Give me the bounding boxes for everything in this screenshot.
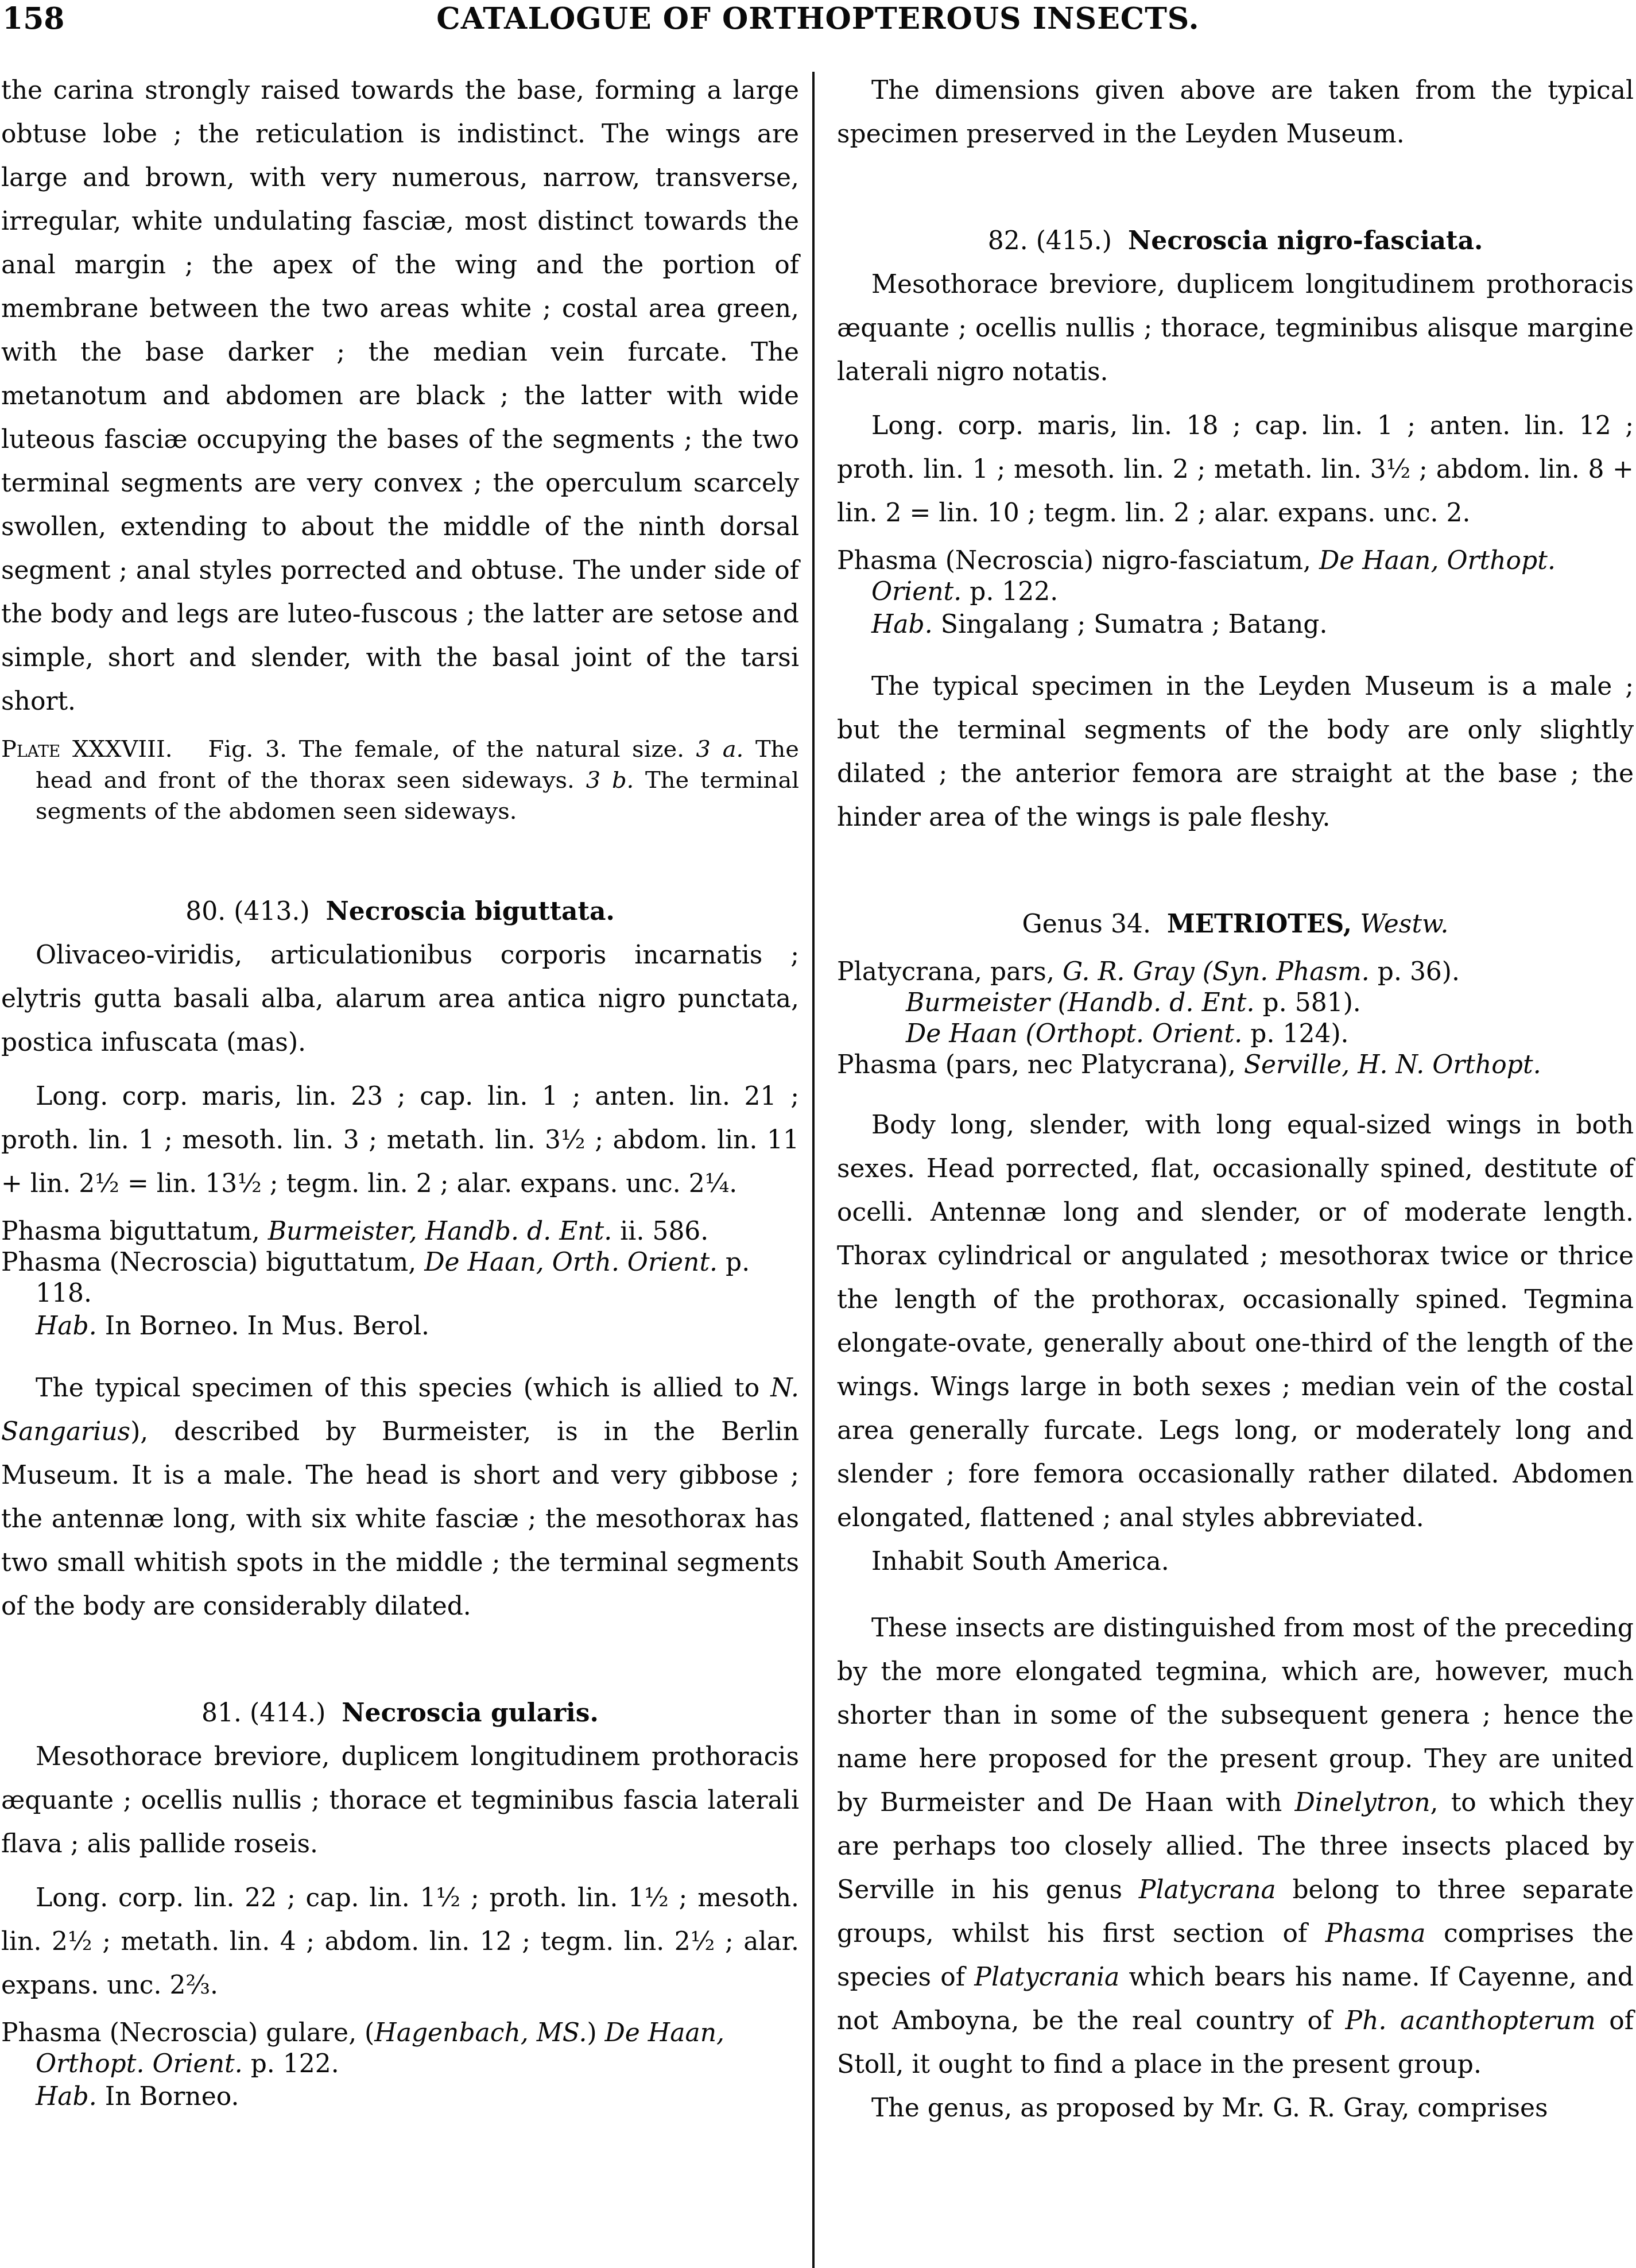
synonym-author: Burmeister, Handb. d. Ent. xyxy=(268,1217,612,1246)
remarks-italic: Ph. acanthopterum xyxy=(1346,2006,1596,2035)
genus-final-line: The genus, as proposed by Mr. G. R. Gray… xyxy=(837,2087,1634,2130)
left-column: the carina strongly raised towards the b… xyxy=(1,69,799,2114)
species-80-diagnosis: Olivaceo-viridis, articulationibus corpo… xyxy=(1,934,799,1065)
synonym-text: Phasma (pars, nec Platycrana), xyxy=(837,1050,1244,1079)
habitat-label: Hab. xyxy=(36,1311,97,1341)
synonym-text: Platycrana, pars, xyxy=(837,957,1063,986)
synonym-text: ) xyxy=(587,2018,604,2048)
genus-remarks: These insects are distinguished from mos… xyxy=(837,1607,1634,2087)
right-column: The dimensions given above are taken fro… xyxy=(837,69,1634,2130)
habitat-text: In Borneo. In Mus. Berol. xyxy=(105,1311,429,1341)
species-81-measurements: Long. corp. lin. 22 ; cap. lin. 1½ ; pro… xyxy=(1,1876,799,2007)
habitat-text: In Borneo. xyxy=(105,2082,239,2111)
synonym-author: Burmeister (Handb. d. Ent. xyxy=(906,988,1255,1017)
running-title: CATALOGUE OF ORTHOPTEROUS INSECTS. xyxy=(0,1,1636,36)
species-82-heading: 82. (415.) Necroscia nigro-fasciata. xyxy=(837,219,1634,263)
genus-synonym-4: Phasma (pars, nec Platycrana), Serville,… xyxy=(837,1050,1634,1081)
synonym-author: G. R. Gray (Syn. Phasm. xyxy=(1063,957,1370,986)
remarks-italic: Platycrania xyxy=(974,1963,1119,1992)
column-divider xyxy=(812,72,815,2268)
synonym-text: Phasma (Necroscia) biguttatum, xyxy=(1,1248,424,1277)
habitat-label: Hab. xyxy=(36,2082,97,2111)
genus-distribution: Inhabit South America. xyxy=(837,1540,1634,1584)
synonym-text: Phasma (Necroscia) gulare, ( xyxy=(1,2018,374,2048)
genus-description: Body long, slender, with long equal-size… xyxy=(837,1104,1634,1540)
species-81-habitat: Hab. In Borneo. xyxy=(1,2080,799,2114)
habitat-label: Hab. xyxy=(871,610,933,639)
species-80-synonym-2: Phasma (Necroscia) biguttatum, De Haan, … xyxy=(1,1247,799,1309)
species-81-number: 81. (414.) xyxy=(201,1698,325,1728)
synonym-author: Serville, H. N. Orthopt. xyxy=(1244,1050,1541,1079)
remarks-text: These insects are distinguished from mos… xyxy=(837,1613,1634,1817)
genus-34-heading: Genus 34. METRIOTES, Westw. xyxy=(837,903,1634,946)
plate-caption: Plate XXXVIII. Fig. 3. The female, of th… xyxy=(1,734,799,827)
genus-name: METRIOTES, xyxy=(1167,909,1352,939)
synonym-author: Hagenbach, MS. xyxy=(374,2018,587,2048)
remarks-italic: Phasma xyxy=(1325,1919,1426,1948)
species-80-remarks: The typical specimen of this species (wh… xyxy=(1,1367,799,1628)
continuation-paragraph: The dimensions given above are taken fro… xyxy=(837,69,1634,156)
species-81-heading: 81. (414.) Necroscia gularis. xyxy=(1,1692,799,1735)
species-80-synonym-1: Phasma biguttatum, Burmeister, Handb. d.… xyxy=(1,1216,799,1247)
synonym-text: Phasma (Necroscia) nigro-fasciatum, xyxy=(837,546,1319,575)
species-82-remarks: The typical specimen in the Leyden Museu… xyxy=(837,665,1634,839)
genus-author: Westw. xyxy=(1360,909,1448,939)
habitat-text: Singalang ; Sumatra ; Batang. xyxy=(941,610,1328,639)
plate-fig-3a-label: 3 a. xyxy=(696,736,744,763)
synonym-text: Phasma biguttatum, xyxy=(1,1217,268,1246)
species-81-synonym: Phasma (Necroscia) gulare, (Hagenbach, M… xyxy=(1,2018,799,2080)
species-80-name: Necroscia biguttata. xyxy=(326,897,615,926)
remarks-text: ), described by Burmeister, is in the Be… xyxy=(1,1417,799,1621)
species-81-name: Necroscia gularis. xyxy=(342,1698,599,1728)
remarks-text: The typical specimen of this species (wh… xyxy=(36,1373,770,1403)
synonym-ref: p. 581). xyxy=(1255,988,1361,1017)
synonym-ref: p. 122. xyxy=(243,2049,339,2079)
species-82-synonym: Phasma (Necroscia) nigro-fasciatum, De H… xyxy=(837,545,1634,607)
synonym-ref: p. 36). xyxy=(1370,957,1460,986)
species-82-measurements: Long. corp. maris, lin. 18 ; cap. lin. 1… xyxy=(837,404,1634,535)
species-80-measurements: Long. corp. maris, lin. 23 ; cap. lin. 1… xyxy=(1,1075,799,1206)
species-81-diagnosis: Mesothorace breviore, duplicem longitudi… xyxy=(1,1735,799,1866)
species-82-name: Necroscia nigro-fasciata. xyxy=(1128,226,1483,256)
species-80-heading: 80. (413.) Necroscia biguttata. xyxy=(1,890,799,934)
species-82-number: 82. (415.) xyxy=(988,226,1112,256)
synonym-author: De Haan, Orth. Orient. xyxy=(424,1248,718,1277)
synonym-author: De Haan (Orthopt. Orient. xyxy=(906,1019,1242,1048)
genus-synonym-3: De Haan (Orthopt. Orient. p. 124). xyxy=(837,1019,1634,1050)
species-82-diagnosis: Mesothorace breviore, duplicem longitudi… xyxy=(837,263,1634,394)
plate-fig-3b-label: 3 b. xyxy=(586,767,634,794)
remarks-italic: Dinelytron xyxy=(1294,1788,1430,1817)
plate-label: Plate XXXVIII. xyxy=(1,736,172,763)
synonym-ref: ii. 586. xyxy=(612,1217,708,1246)
species-82-habitat: Hab. Singalang ; Sumatra ; Batang. xyxy=(837,607,1634,642)
synonym-ref: p. 122. xyxy=(962,577,1058,606)
species-80-number: 80. (413.) xyxy=(185,897,309,926)
genus-synonym-1: Platycrana, pars, G. R. Gray (Syn. Phasm… xyxy=(837,957,1634,988)
genus-label: Genus 34. xyxy=(1022,909,1150,939)
synonym-ref: p. 124). xyxy=(1242,1019,1348,1048)
genus-synonym-2: Burmeister (Handb. d. Ent. p. 581). xyxy=(837,988,1634,1019)
continuation-paragraph: the carina strongly raised towards the b… xyxy=(1,69,799,723)
remarks-italic: Platycrana xyxy=(1139,1875,1276,1905)
plate-fig-3: Fig. 3. The female, of the natural size. xyxy=(208,736,684,763)
species-80-habitat: Hab. In Borneo. In Mus. Berol. xyxy=(1,1309,799,1344)
page-header: 158 CATALOGUE OF ORTHOPTEROUS INSECTS. xyxy=(0,0,1636,40)
